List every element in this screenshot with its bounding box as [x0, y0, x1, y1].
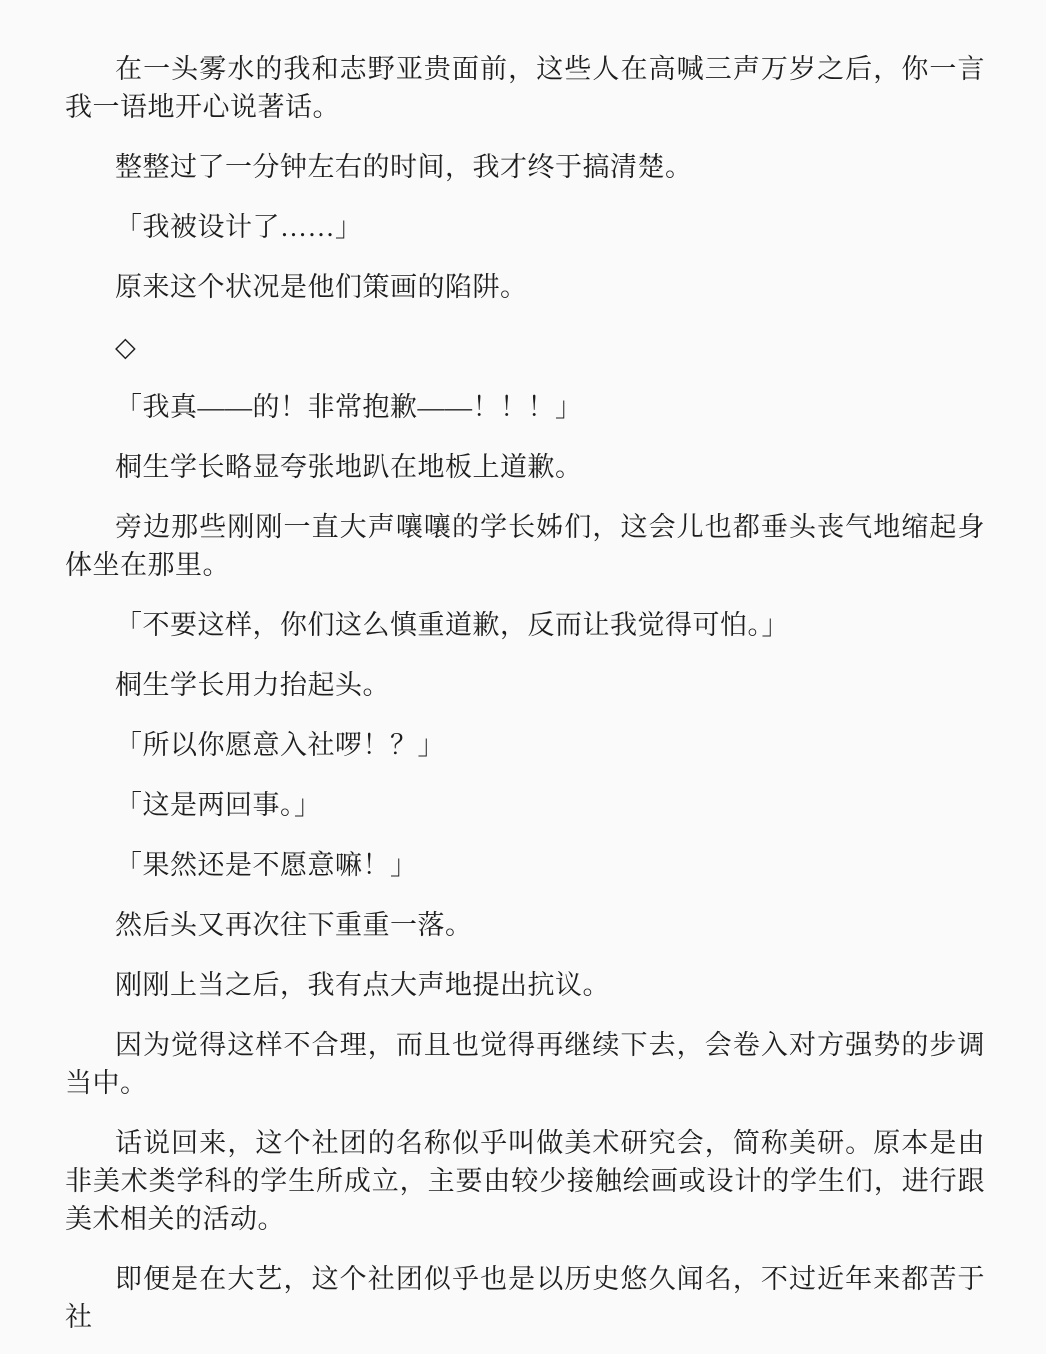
paragraph-dialogue: 「我被设计了……」 — [65, 208, 985, 246]
novel-page: 在一头雾水的我和志野亚贵面前，这些人在高喊三声万岁之后，你一言我一语地开心说著话… — [0, 0, 1046, 1354]
scene-divider-diamond: ◇ — [65, 328, 985, 366]
paragraph: 在一头雾水的我和志野亚贵面前，这些人在高喊三声万岁之后，你一言我一语地开心说著话… — [65, 50, 985, 126]
paragraph-dialogue: 「这是两回事。」 — [65, 786, 985, 824]
paragraph: 整整过了一分钟左右的时间，我才终于搞清楚。 — [65, 148, 985, 186]
paragraph: 刚刚上当之后，我有点大声地提出抗议。 — [65, 966, 985, 1004]
paragraph-dialogue: 「所以你愿意入社啰！？」 — [65, 726, 985, 764]
paragraph-dialogue: 「不要这样，你们这么慎重道歉，反而让我觉得可怕。」 — [65, 606, 985, 644]
paragraph: 因为觉得这样不合理，而且也觉得再继续下去，会卷入对方强势的步调当中。 — [65, 1026, 985, 1102]
paragraph: 旁边那些刚刚一直大声嚷嚷的学长姊们，这会儿也都垂头丧气地缩起身体坐在那里。 — [65, 508, 985, 584]
paragraph-dialogue: 「我真——的！非常抱歉——！！！」 — [65, 388, 985, 426]
paragraph: 话说回来，这个社团的名称似乎叫做美术研究会，简称美研。原本是由非美术类学科的学生… — [65, 1124, 985, 1238]
paragraph: 桐生学长略显夸张地趴在地板上道歉。 — [65, 448, 985, 486]
paragraph: 桐生学长用力抬起头。 — [65, 666, 985, 704]
paragraph: 原来这个状况是他们策画的陷阱。 — [65, 268, 985, 306]
paragraph: 即便是在大艺，这个社团似乎也是以历史悠久闻名，不过近年来都苦于社 — [65, 1260, 985, 1336]
paragraph: 然后头又再次往下重重一落。 — [65, 906, 985, 944]
paragraph-dialogue: 「果然还是不愿意嘛！」 — [65, 846, 985, 884]
